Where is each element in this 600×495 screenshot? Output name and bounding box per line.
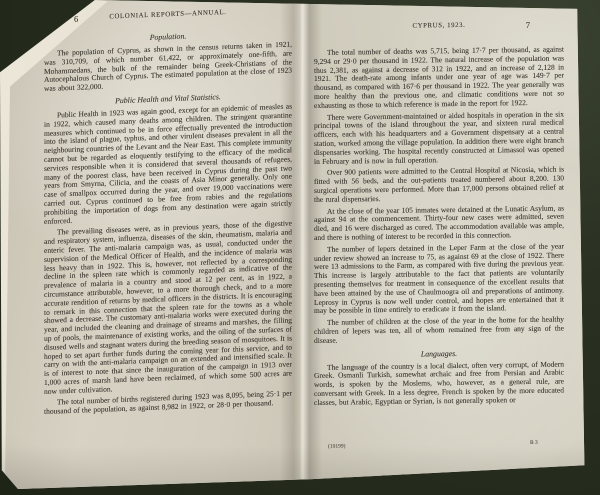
paragraph: The number of children at the close of t… (314, 316, 564, 346)
paragraph: There were Government-maintained or aide… (314, 110, 564, 166)
right-page-content: CYPRUS, 1923. 7 The total number of deat… (314, 21, 564, 411)
paragraph: The number of lepers detained in the Lep… (314, 242, 564, 316)
open-book: 6 COLONIAL REPORTS—ANNUAL. Population.Th… (0, 0, 600, 495)
right-page-text: The total number of deaths was 5,715, be… (314, 46, 564, 408)
page-number-right: 7 (526, 20, 530, 30)
section-heading: Languages. (314, 347, 564, 359)
paragraph: At the close of the year 105 inmates wer… (314, 204, 564, 243)
signature-mark: B 3 (530, 440, 538, 446)
paragraph: The language of the country is a local d… (314, 360, 564, 407)
paragraph: Over 900 patients were admitted to the C… (314, 166, 564, 205)
paragraph: The prevailing diseases were, as in prev… (44, 220, 292, 397)
right-running-head: CYPRUS, 1923. 7 (314, 21, 564, 36)
paragraph: The population of Cyprus, as shown in th… (44, 40, 292, 94)
left-page-content: 6 COLONIAL REPORTS—ANNUAL. Population.Th… (44, 6, 292, 420)
printer-code: (19199) (328, 444, 345, 450)
paragraph: The total number of deaths was 5,715, be… (314, 46, 564, 111)
photo-background: 6 COLONIAL REPORTS—ANNUAL. Population.Th… (0, 0, 600, 495)
paragraph: Public Health in 1923 was again good, ex… (44, 102, 292, 226)
left-page-text: Population.The population of Cyprus, as … (44, 27, 292, 417)
